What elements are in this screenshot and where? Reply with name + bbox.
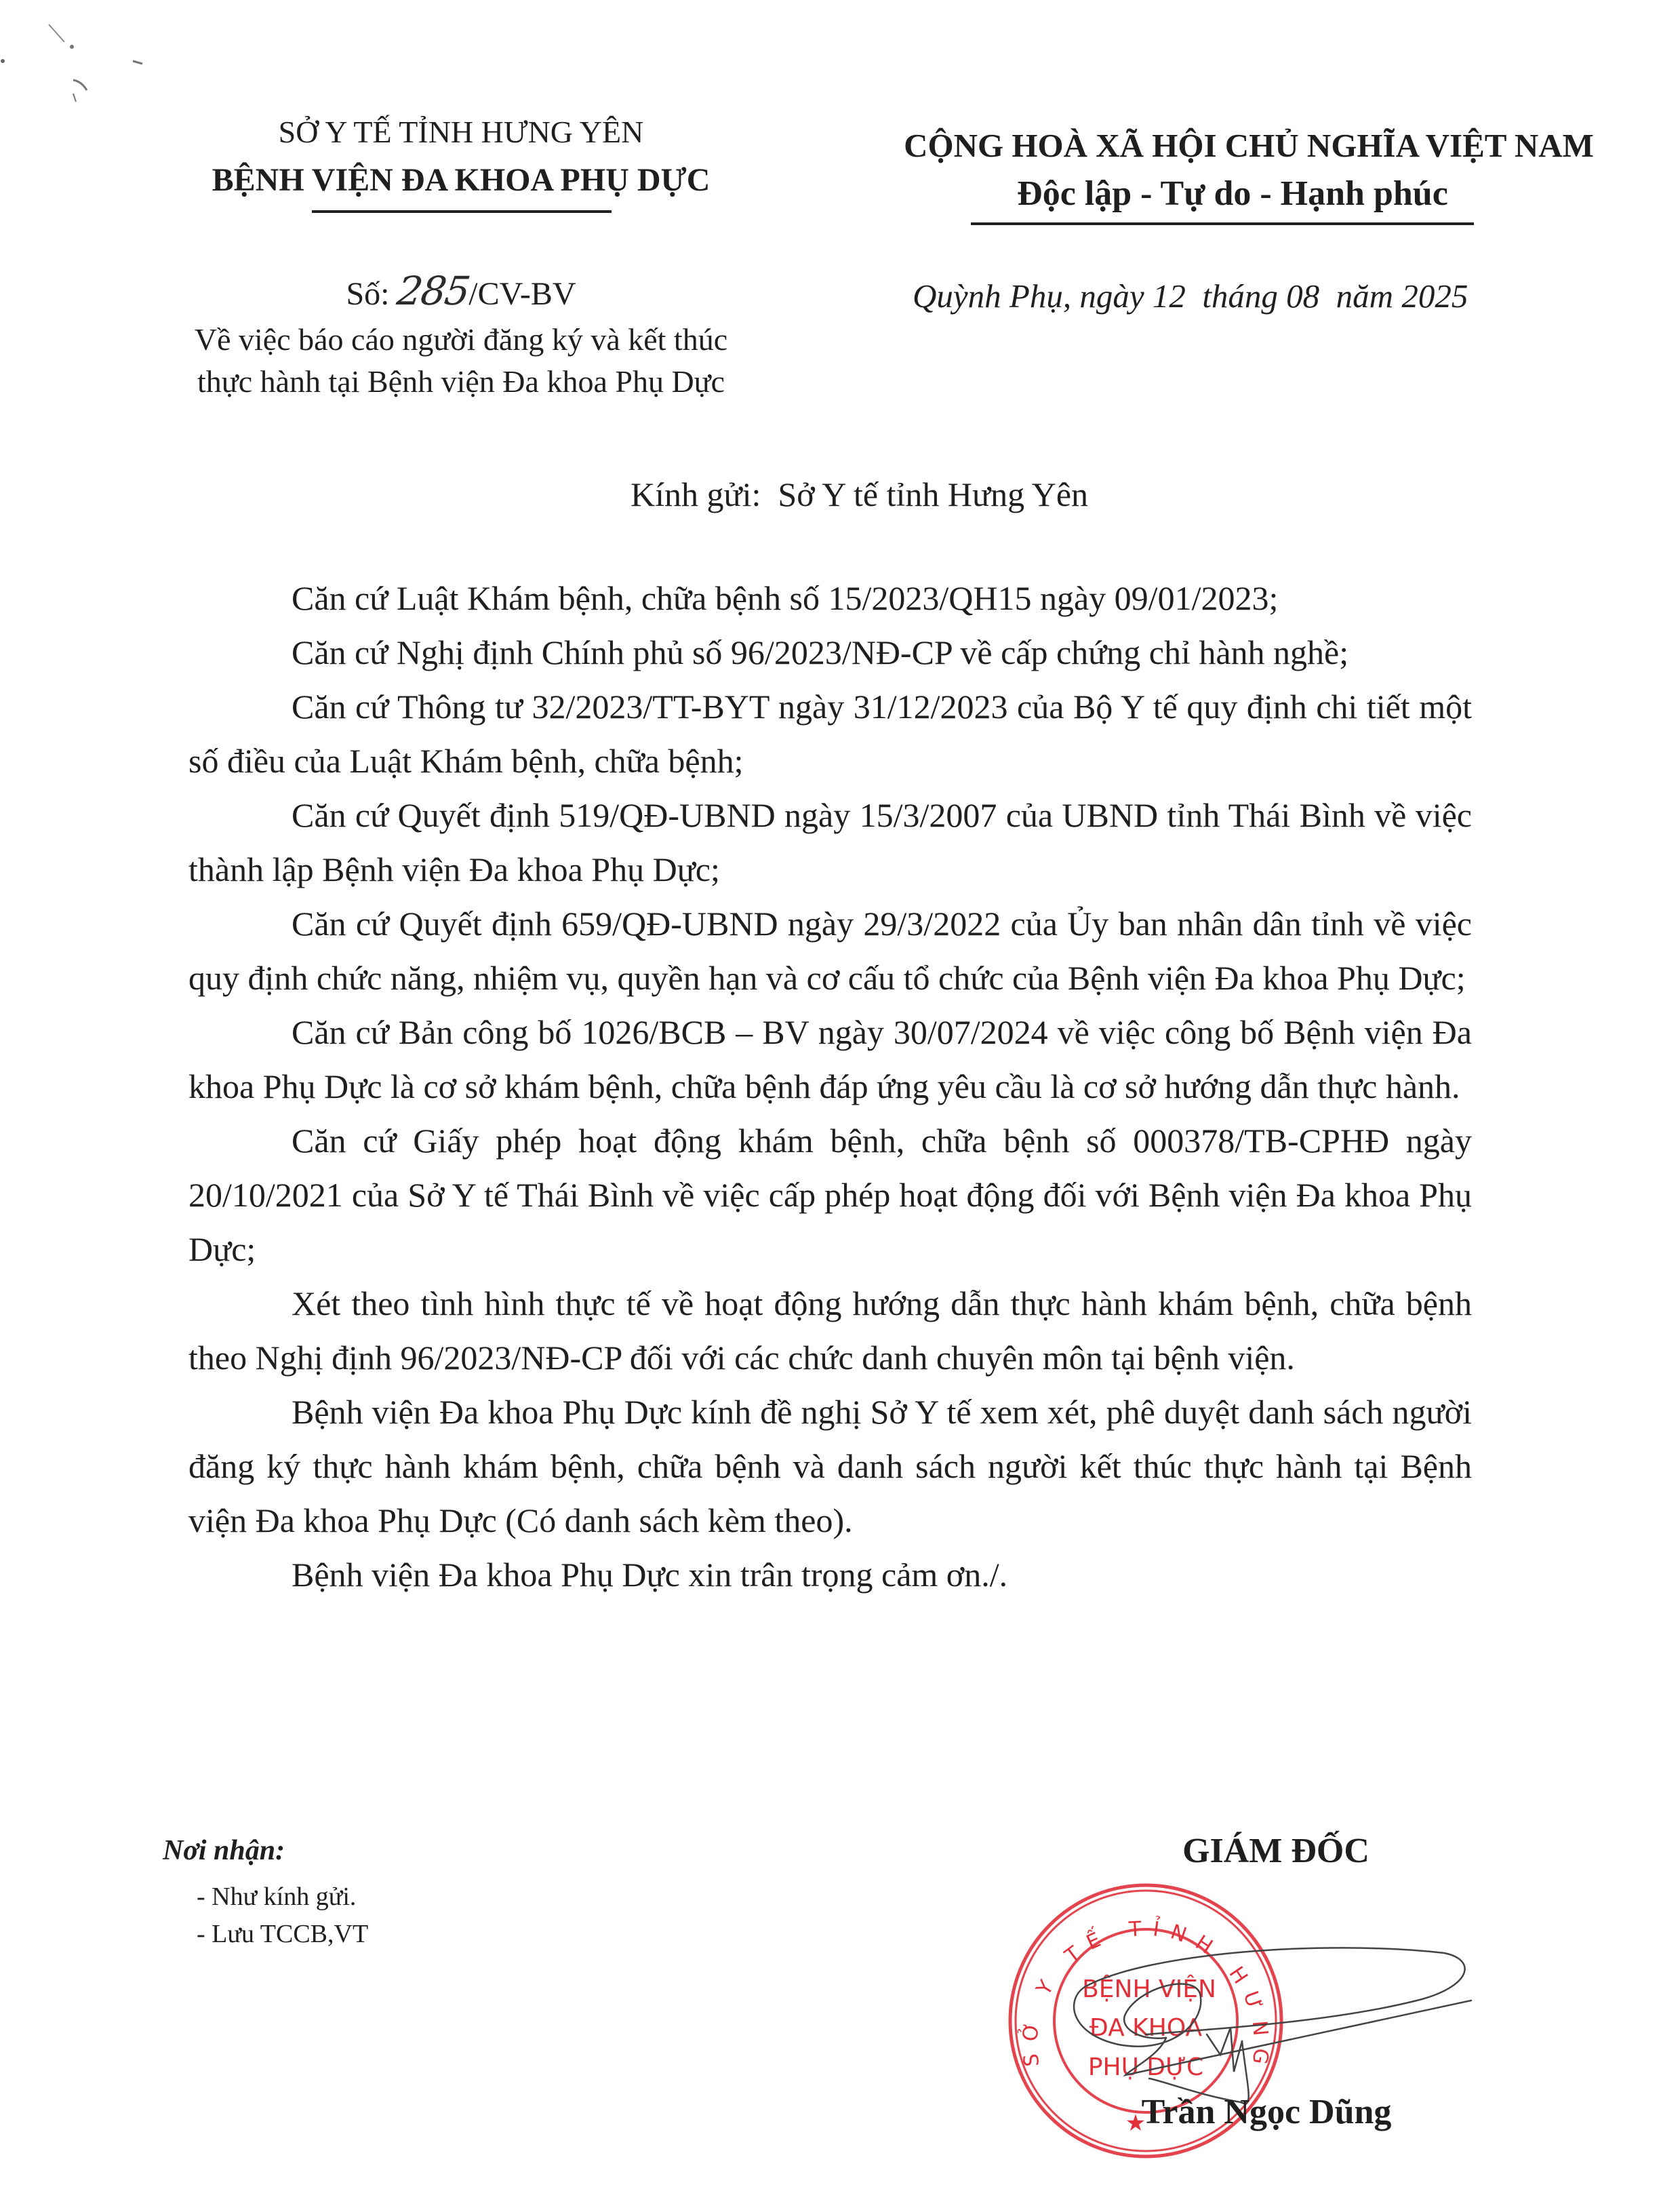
subject-line-1: Về việc báo cáo người đăng ký và kết thú…: [195, 319, 727, 361]
recipients-title: Nơi nhận:: [163, 1834, 285, 1867]
signatory-name: Trần Ngọc Dũng: [1142, 2092, 1392, 2132]
nation-title: CỘNG HOÀ XÃ HỘI CHỦ NGHĨA VIỆT NAM: [904, 126, 1594, 165]
document-body: Căn cứ Luật Khám bệnh, chữa bệnh số 15/2…: [188, 571, 1472, 1602]
body-paragraph: Bệnh viện Đa khoa Phụ Dực xin trân trọng…: [188, 1547, 1472, 1602]
body-paragraph: Căn cứ Quyết định 519/QĐ-UBND ngày 15/3/…: [188, 788, 1472, 896]
body-paragraph: Căn cứ Bản công bố 1026/BCB – BV ngày 30…: [188, 1005, 1472, 1113]
recipients-item: - Lưu TCCB,VT: [197, 1919, 368, 1949]
scan-artifacts: [0, 0, 203, 136]
recipient-line: Kính gửi: Sở Y tế tỉnh Hưng Yên: [631, 475, 1088, 514]
recipient-label: Kính gửi:: [631, 475, 761, 513]
body-paragraph: Căn cứ Thông tư 32/2023/TT-BYT ngày 31/1…: [188, 679, 1472, 788]
subject-line-2: thực hành tại Bệnh viện Đa khoa Phụ Dực: [195, 361, 727, 403]
signatory-title: GIÁM ĐỐC: [1182, 1831, 1369, 1871]
body-paragraph: Bệnh viện Đa khoa Phụ Dực kính đề nghị S…: [188, 1385, 1472, 1547]
document-number: Số: 285/CV-BV: [346, 268, 576, 314]
recipient-name: Sở Y tế tỉnh Hưng Yên: [778, 475, 1088, 513]
document-number-prefix: Số:: [346, 276, 389, 312]
handwritten-number: 285: [395, 268, 472, 314]
body-paragraph: Căn cứ Luật Khám bệnh, chữa bệnh số 15/2…: [188, 571, 1472, 625]
document-number-suffix: /CV-BV: [468, 276, 576, 312]
national-motto: Độc lập - Tự do - Hạnh phúc: [1017, 174, 1448, 214]
body-paragraph: Xét theo tình hình thực tế về hoạt động …: [188, 1276, 1472, 1385]
place-and-date: Quỳnh Phụ, ngày 12 tháng 08 năm 2025: [913, 277, 1468, 315]
header-right-underline: [971, 222, 1474, 225]
recipients-item: - Như kính gửi.: [197, 1882, 356, 1912]
document-subject: Về việc báo cáo người đăng ký và kết thú…: [195, 319, 727, 403]
body-paragraph: Căn cứ Giấy phép hoạt động khám bệnh, ch…: [188, 1113, 1472, 1276]
agency-name: SỞ Y TẾ TỈNH HƯNG YÊN: [279, 114, 644, 150]
body-paragraph: Căn cứ Nghị định Chính phủ số 96/2023/NĐ…: [188, 625, 1472, 679]
body-paragraph: Căn cứ Quyết định 659/QĐ-UBND ngày 29/3/…: [188, 896, 1472, 1005]
header-left-underline: [312, 210, 612, 213]
organization-name: BỆNH VIỆN ĐA KHOA PHỤ DỰC: [212, 161, 711, 199]
